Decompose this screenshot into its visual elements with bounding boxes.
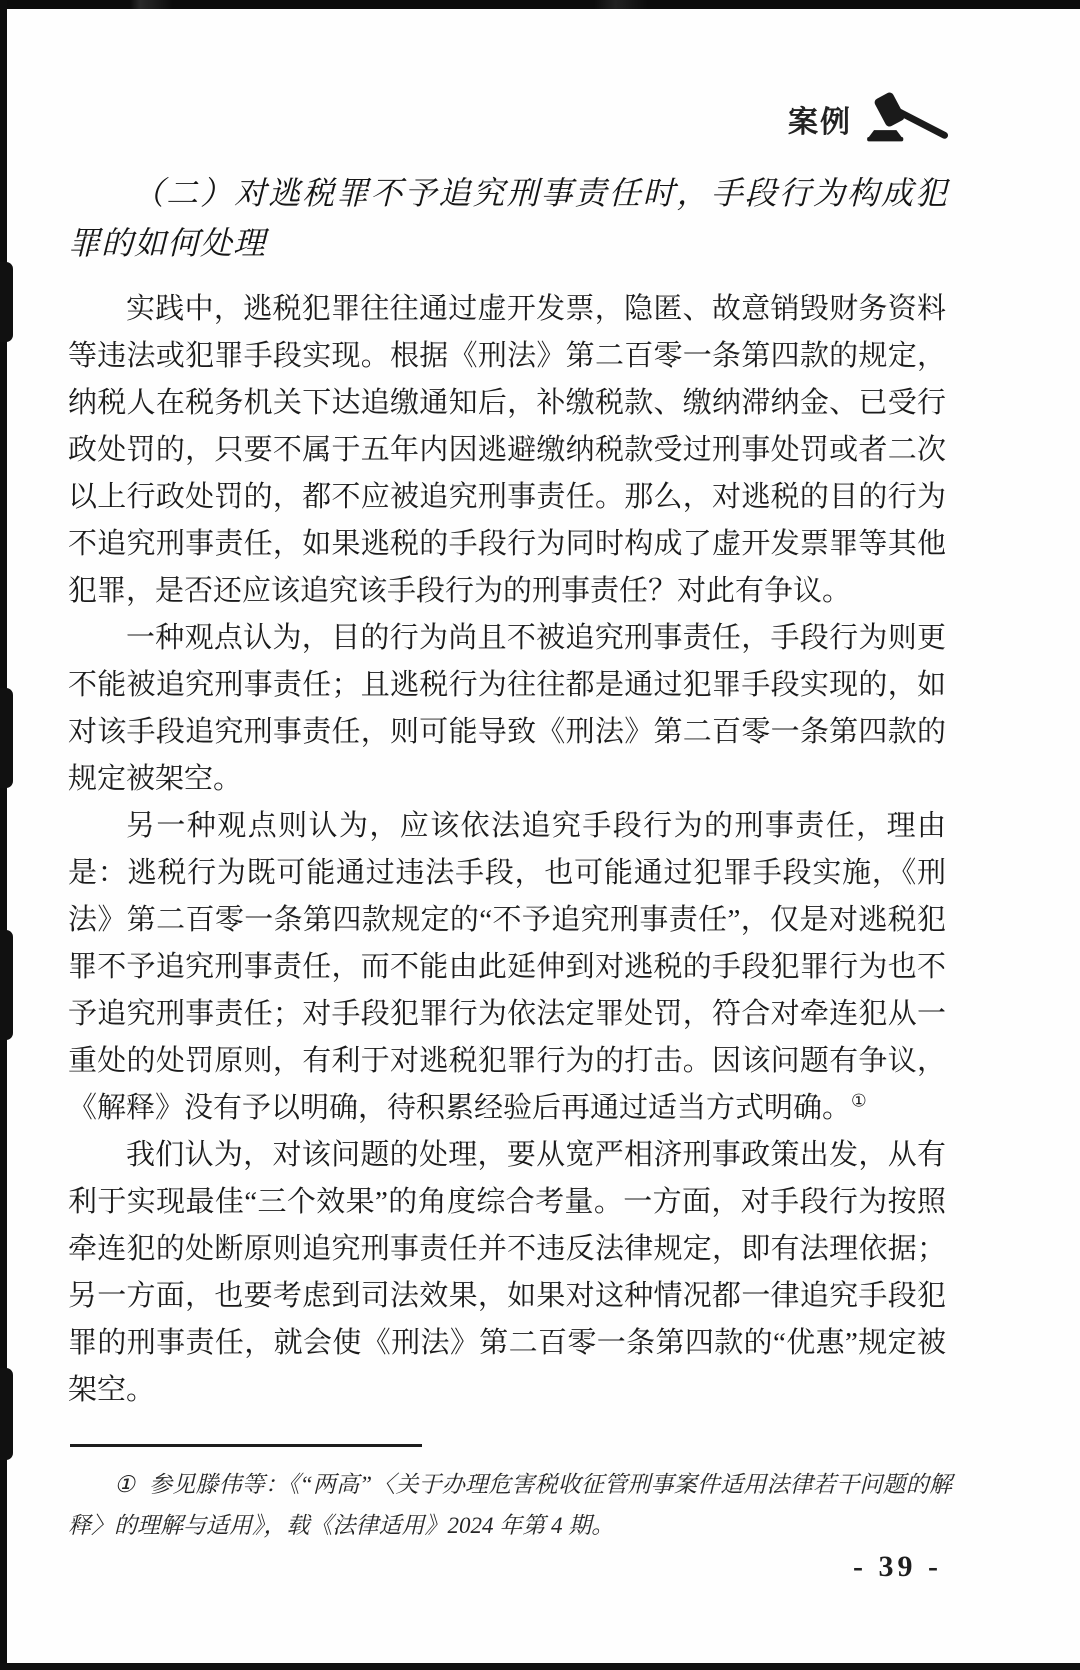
scan-binding-shadow bbox=[0, 688, 13, 788]
scanned-book-page: 案例 （二）对逃税罪不予追究刑事责任时，手段行为构成犯罪的如何处理 实践中，逃税… bbox=[0, 0, 1080, 1670]
running-head-label: 案例 bbox=[788, 97, 852, 141]
footnote: ①参见滕伟等：《“两高”〈关于办理危害税收征管刑事案件适用法律若干问题的解释〉的… bbox=[68, 1464, 952, 1546]
footnote-text: 参见滕伟等：《“两高”〈关于办理危害税收征管刑事案件适用法律若干问题的解释〉的理… bbox=[68, 1472, 952, 1538]
scan-edge-bottom bbox=[0, 1663, 1080, 1670]
paragraph-text: 我们认为，对该问题的处理，要从宽严相济刑事政策出发，从有利于实现最佳“三个效果”… bbox=[68, 1139, 946, 1406]
page-number: - 39 - bbox=[853, 1550, 942, 1584]
body-paragraph: 我们认为，对该问题的处理，要从宽严相济刑事政策出发，从有利于实现最佳“三个效果”… bbox=[68, 1132, 946, 1414]
scan-binding-shadow bbox=[0, 1368, 13, 1460]
paragraph-text: 实践中，逃税犯罪往往通过虚开发票，隐匿、故意销毁财务资料等违法或犯罪手段实现。根… bbox=[68, 293, 946, 607]
scan-binding-shadow bbox=[0, 262, 13, 342]
footnote-reference: ① bbox=[851, 1090, 867, 1110]
paragraph-text: 一种观点认为，目的行为尚且不被追究刑事责任，手段行为则更不能被追究刑事责任；且逃… bbox=[68, 622, 946, 795]
body-paragraph: 实践中，逃税犯罪往往通过虚开发票，隐匿、故意销毁财务资料等违法或犯罪手段实现。根… bbox=[68, 286, 946, 615]
gavel-icon bbox=[862, 92, 948, 146]
section-heading: （二）对逃税罪不予追究刑事责任时，手段行为构成犯罪的如何处理 bbox=[68, 168, 948, 268]
scan-binding-shadow bbox=[0, 930, 13, 1040]
scan-edge-top bbox=[0, 0, 1080, 9]
running-head: 案例 bbox=[788, 92, 948, 146]
footnote-marker: ① bbox=[114, 1472, 135, 1497]
paragraph-text: 另一种观点则认为，应该依法追究手段行为的刑事责任，理由是：逃税行为既可能通过违法… bbox=[68, 810, 946, 1124]
body-text: 实践中，逃税犯罪往往通过虚开发票，隐匿、故意销毁财务资料等违法或犯罪手段实现。根… bbox=[68, 286, 946, 1414]
footnote-divider bbox=[70, 1444, 422, 1447]
body-paragraph: 一种观点认为，目的行为尚且不被追究刑事责任，手段行为则更不能被追究刑事责任；且逃… bbox=[68, 615, 946, 803]
body-paragraph: 另一种观点则认为，应该依法追究手段行为的刑事责任，理由是：逃税行为既可能通过违法… bbox=[68, 803, 946, 1132]
